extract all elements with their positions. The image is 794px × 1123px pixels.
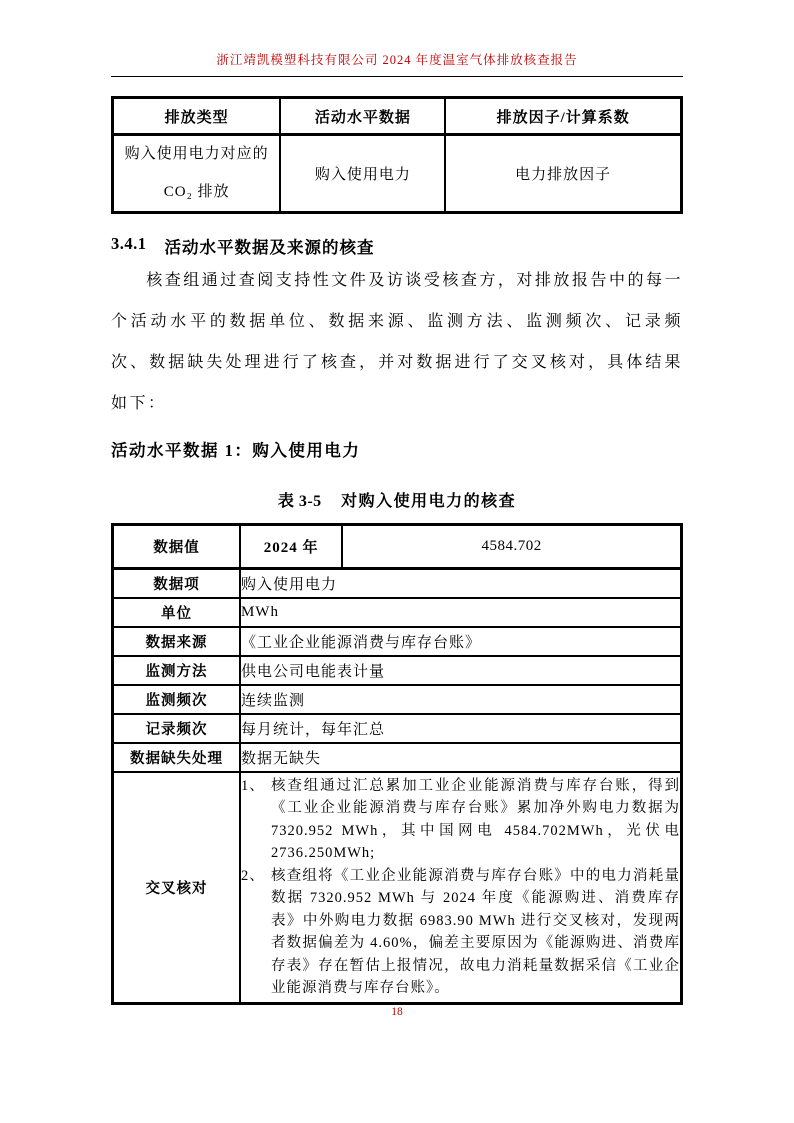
row-value: 《工业企业能源消费与库存台账》 xyxy=(240,627,682,656)
table-row-unit: 单位 MWh xyxy=(113,598,682,627)
row-label: 交叉核对 xyxy=(113,772,240,1004)
list-marker: 2、 xyxy=(241,865,271,1000)
row-value: 数据无缺失 xyxy=(240,743,682,772)
table-row: 购入使用电力对应的 CO₂ 排放 购入使用电力 电力排放因子 xyxy=(113,135,682,213)
page-number: 18 xyxy=(0,1006,794,1018)
section-number: 3.4.1 xyxy=(111,234,147,258)
cross-check-cell: 1、 核查组通过汇总累加工业企业能源消费与库存台账，得到《工业企业能源消费与库存… xyxy=(240,772,682,1004)
table-row-data-item: 数据项 购入使用电力 xyxy=(113,569,682,598)
table-row-record-frequency: 记录频次 每月统计，每年汇总 xyxy=(113,714,682,743)
header-divider-rule xyxy=(111,76,683,77)
row-label: 记录频次 xyxy=(113,714,240,743)
document-page: 浙江靖凯模塑科技有限公司 2024 年度温室气体排放核查报告 排放类型 活动水平… xyxy=(0,0,794,1123)
cell-activity-data: 购入使用电力 xyxy=(280,135,445,213)
column-header-emission-type: 排放类型 xyxy=(113,98,281,135)
row-value: MWh xyxy=(240,598,682,627)
row-label: 监测频次 xyxy=(113,685,240,714)
row-label: 数据来源 xyxy=(113,627,240,656)
row-value: 连续监测 xyxy=(240,685,682,714)
table-row-cross-check: 交叉核对 1、 核查组通过汇总累加工业企业能源消费与库存台账，得到《工业企业能源… xyxy=(113,772,682,1004)
body-paragraph: 核查组通过查阅支持性文件及访谈受核查方，对排放报告中的每一个活动水平的数据单位、… xyxy=(111,260,683,424)
row-value: 每月统计，每年汇总 xyxy=(240,714,682,743)
section-heading: 3.4.1 活动水平数据及来源的核查 xyxy=(111,234,683,258)
verification-table: 数据值 2024 年 4584.702 数据项 购入使用电力 单位 MWh 数据… xyxy=(111,523,683,1005)
row-label: 数据值 xyxy=(113,525,240,569)
cross-check-list: 1、 核查组通过汇总累加工业企业能源消费与库存台账，得到《工业企业能源消费与库存… xyxy=(241,775,680,1000)
table-caption: 表 3-5 对购入使用电力的核查 xyxy=(111,488,683,511)
column-header-emission-factor: 排放因子/计算系数 xyxy=(445,98,681,135)
table-row-data-value: 数据值 2024 年 4584.702 xyxy=(113,525,682,569)
cell-data-value: 4584.702 xyxy=(342,525,681,569)
row-value: 购入使用电力 xyxy=(240,569,682,598)
table-row-missing-data-handling: 数据缺失处理 数据无缺失 xyxy=(113,743,682,772)
cell-year: 2024 年 xyxy=(240,525,342,569)
row-label: 数据缺失处理 xyxy=(113,743,240,772)
running-header-title: 浙江靖凯模塑科技有限公司 2024 年度温室气体排放核查报告 xyxy=(111,0,683,68)
table-header-row: 排放类型 活动水平数据 排放因子/计算系数 xyxy=(113,98,682,135)
page-content: 浙江靖凯模塑科技有限公司 2024 年度温室气体排放核查报告 排放类型 活动水平… xyxy=(111,0,683,1005)
emission-type-line1: 购入使用电力对应的 xyxy=(114,136,279,174)
cross-check-item-2: 2、 核查组将《工业企业能源消费与库存台账》中的电力消耗量数据 7320.952… xyxy=(241,865,680,1000)
table-row-data-source: 数据来源 《工业企业能源消费与库存台账》 xyxy=(113,627,682,656)
table-row-monitoring-frequency: 监测频次 连续监测 xyxy=(113,685,682,714)
list-item-text: 核查组将《工业企业能源消费与库存台账》中的电力消耗量数据 7320.952 MW… xyxy=(271,865,680,1000)
table-caption-number: 表 3-5 xyxy=(278,493,322,510)
row-label: 单位 xyxy=(113,598,240,627)
row-value: 供电公司电能表计量 xyxy=(240,656,682,685)
cell-emission-factor: 电力排放因子 xyxy=(445,135,681,213)
row-label: 数据项 xyxy=(113,569,240,598)
cross-check-item-1: 1、 核查组通过汇总累加工业企业能源消费与库存台账，得到《工业企业能源消费与库存… xyxy=(241,775,680,865)
section-title: 活动水平数据及来源的核查 xyxy=(165,234,375,258)
list-item-text: 核查组通过汇总累加工业企业能源消费与库存台账，得到《工业企业能源消费与库存台账》… xyxy=(271,775,680,865)
table-caption-title: 对购入使用电力的核查 xyxy=(341,493,516,510)
activity-data-label: 活动水平数据 1：购入使用电力 xyxy=(111,437,683,461)
column-header-activity-data: 活动水平数据 xyxy=(280,98,445,135)
emission-type-line2: CO₂ 排放 xyxy=(114,174,279,212)
row-label: 监测方法 xyxy=(113,656,240,685)
emission-summary-table: 排放类型 活动水平数据 排放因子/计算系数 购入使用电力对应的 CO₂ 排放 购… xyxy=(111,96,683,214)
list-marker: 1、 xyxy=(241,775,271,865)
cell-emission-type: 购入使用电力对应的 CO₂ 排放 xyxy=(113,135,281,213)
table-row-monitoring-method: 监测方法 供电公司电能表计量 xyxy=(113,656,682,685)
